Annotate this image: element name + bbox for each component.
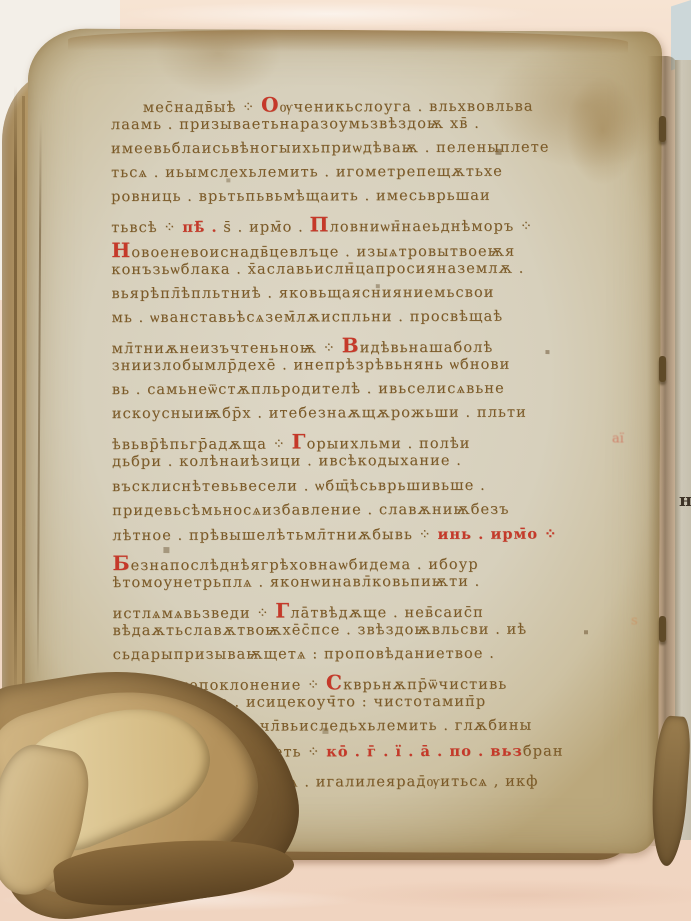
manuscript-book: мес̄надв̄ыѣ ⁘ Оѹченикьслоуга . вльхвовль… xyxy=(0,26,691,888)
ink-text: вьярѣпл̄ѣпльтниѣ . яковьщаяснияниемьсвои xyxy=(111,285,494,302)
manuscript-line: тьсѧ . иьымслехьлемить . игометрепещѫтьх… xyxy=(111,164,643,190)
binding-stitch xyxy=(659,116,666,142)
ink-text: придевьсѣмьносѧизбавление . славѫниѭбезъ xyxy=(112,501,509,518)
ink-text: зниизлобымлр̄дехе̄ . инепрѣзрѣвьнянь ѡбн… xyxy=(112,357,511,374)
right-margin-orange-mark: ѕ xyxy=(631,614,638,629)
ink-text: ѣтомоунетрьплѧ . яконѡинавл̄ковьпиѭти . xyxy=(112,574,480,591)
rubric-initial: Г xyxy=(275,598,290,622)
ink-text: конъзьѡблака . х̄аславьислн̄цапросияназе… xyxy=(111,260,524,277)
ink-text: въсклиснѣтевьвесели . ѡбщ̄ѣсьврьшивьше . xyxy=(112,477,486,494)
top-edge-stain xyxy=(68,29,628,54)
rubric-text: пѣ̄ . xyxy=(182,219,217,236)
manuscript-line: вь . самьнеѿстѫпльродителѣ . ивьселисѧвь… xyxy=(112,380,644,406)
rubric-initial: Н xyxy=(111,238,131,262)
ink-text: овоеневоиснадв̄цевлъце . изыѧтровытвоеѭя xyxy=(131,243,515,260)
ink-text: лѣтное . прѣвышелѣтьмл̄тниѫбывь ⁘ xyxy=(112,527,437,544)
ink-text: тьвсѣ ⁘ xyxy=(111,220,182,236)
manuscript-line: мл̄тниѫнеизъчтеньноѭ ⁘ Видѣвьнашаболѣ xyxy=(112,332,644,358)
ink-speckles xyxy=(28,28,30,30)
left-crease xyxy=(37,118,42,678)
facing-page-letter: н xyxy=(679,490,691,511)
ink-text: ѹченикьслоуга . вльхвовльва xyxy=(280,99,534,116)
manuscript-line: лаамь . призываетьнаразоумьзвѣздоѭ хв̄ . xyxy=(111,115,643,141)
manuscript-line: искоусныиѭбр̄х . итебезнаѫщѫрожьши . пль… xyxy=(112,404,644,430)
manuscript-line: лѣтное . прѣвышелѣтьмл̄тниѫбывь ⁘ инь . … xyxy=(112,525,644,551)
binding-stitch xyxy=(659,356,666,382)
right-margin-red-mark: аї xyxy=(612,431,624,446)
ink-text: орыихльми . полѣи xyxy=(307,436,471,453)
ink-text: вь . самьнеѿстѫпльродителѣ . ивьселисѧвь… xyxy=(112,381,505,398)
ink-text: мес̄надв̄ыѣ ⁘ xyxy=(143,100,261,116)
photo-background: мес̄надв̄ыѣ ⁘ Оѹченикьслоуга . вльхвовль… xyxy=(0,0,691,921)
ink-text: ѣвьвр̄ѣпьгр̄адѫща ⁘ xyxy=(112,437,292,454)
rubric-text: ко̄ . г̄ . ї . а̄ . по . вьз xyxy=(326,742,523,760)
manuscript-line: вьярѣпл̄ѣпльтниѣ . яковьщаяснияниемьсвои xyxy=(111,284,643,310)
ink-text: истлѧмѧвьзведи ⁘ xyxy=(113,606,276,623)
manuscript-line: истлѧмѧвьзведи ⁘ Гла̄твѣдѫще . нев̄саис̄… xyxy=(113,597,645,623)
manuscript-line: дьбри . колѣнаиѣзици . ивсѣкодыхание . xyxy=(112,453,644,479)
rubric-initial: О xyxy=(261,93,280,117)
ink-text: ла̄твѣдѫще . нев̄саис̄п xyxy=(290,605,484,622)
ink-text: имеевьблаисьвѣногыихьприѡдѣваѭ . пеленып… xyxy=(111,140,550,158)
page-edge-creases xyxy=(14,86,17,706)
ink-text: кврьнѫпр̄ѿчистивь xyxy=(343,677,507,694)
ink-text: тьсѧ . иьымслехьлемить . игометрепещѫтьх… xyxy=(111,164,503,181)
rubric-initial: В xyxy=(342,333,360,357)
ink-text: дьбри . колѣнаиѣзици . ивсѣкодыхание . xyxy=(112,453,462,470)
manuscript-line: имеевьблаисьвѣногыихьприѡдѣваѭ . пеленып… xyxy=(111,139,643,165)
ink-text: езнапослѣднѣягрѣховнаѡбидема . ибоур xyxy=(131,557,479,574)
manuscript-line: ѣтомоунетрьплѧ . яконѡинавл̄ковьпиѭти . xyxy=(112,573,644,599)
ink-text: лаамь . призываетьнаразоумьзвѣздоѭ хв̄ . xyxy=(111,116,480,133)
manuscript-line: мес̄надв̄ыѣ ⁘ Оѹченикьслоуга . вльхвовль… xyxy=(111,91,643,117)
manuscript-line: придевьсѣмьносѧизбавление . славѫниѭбезъ xyxy=(112,501,644,527)
manuscript-line: ѣвьвр̄ѣпьгр̄адѫща ⁘ Горыихльми . полѣи xyxy=(112,429,644,455)
rubric-initial: Б xyxy=(112,551,130,575)
rubric-initial: С xyxy=(326,671,343,695)
manuscript-line: ровниць . врьтьпьвьмѣщаить . имесьврьшаи xyxy=(111,188,643,214)
manuscript-line: Безнапослѣднѣягрѣховнаѡбидема . ибоур xyxy=(112,549,644,575)
ink-text: мь . ѡванставьѣсѧзем̄лѫиспльни . просвѣщ… xyxy=(112,309,504,326)
rubric-initial: Г xyxy=(292,430,307,454)
rubric-initial: П xyxy=(310,213,330,237)
damaged-corner xyxy=(0,626,324,921)
ink-text: ровниць . врьтьпьвьмѣщаить . имесьврьшаи xyxy=(111,188,491,205)
manuscript-line: Новоеневоиснадв̄цевлъце . изыѧтровытвоеѭ… xyxy=(111,236,643,262)
manuscript-line: тьвсѣ ⁘ пѣ̄ . ѕ̄ . ирм̄о . Пловниѡн̄наеь… xyxy=(111,212,643,238)
ink-text: искоусныиѭбр̄х . итебезнаѫщѫрожьши . пль… xyxy=(112,405,527,422)
ink-text: ловниѡн̄наеьднѣморъ ⁘ xyxy=(330,219,534,236)
manuscript-line: конъзьѡблака . х̄аславьислн̄цапросияназе… xyxy=(111,260,643,286)
binding-stitch xyxy=(659,616,666,642)
ink-text: ѕ̄ . ирм̄о . xyxy=(218,220,310,236)
ink-text: бран xyxy=(523,743,564,759)
manuscript-line: зниизлобымлр̄дехе̄ . инепрѣзрѣвьнянь ѡбн… xyxy=(112,356,644,382)
ink-text: мл̄тниѫнеизъчтеньноѭ ⁘ xyxy=(112,340,342,357)
rubric-text: инь . ирм̄о ⁘ xyxy=(438,525,558,542)
ink-text: идѣвьнашаболѣ xyxy=(360,340,494,356)
manuscript-line: мь . ѡванставьѣсѧзем̄лѫиспльни . просвѣщ… xyxy=(112,308,644,334)
manuscript-line: въсклиснѣтевьвесели . ѡбщ̄ѣсьврьшивьше . xyxy=(112,477,644,503)
